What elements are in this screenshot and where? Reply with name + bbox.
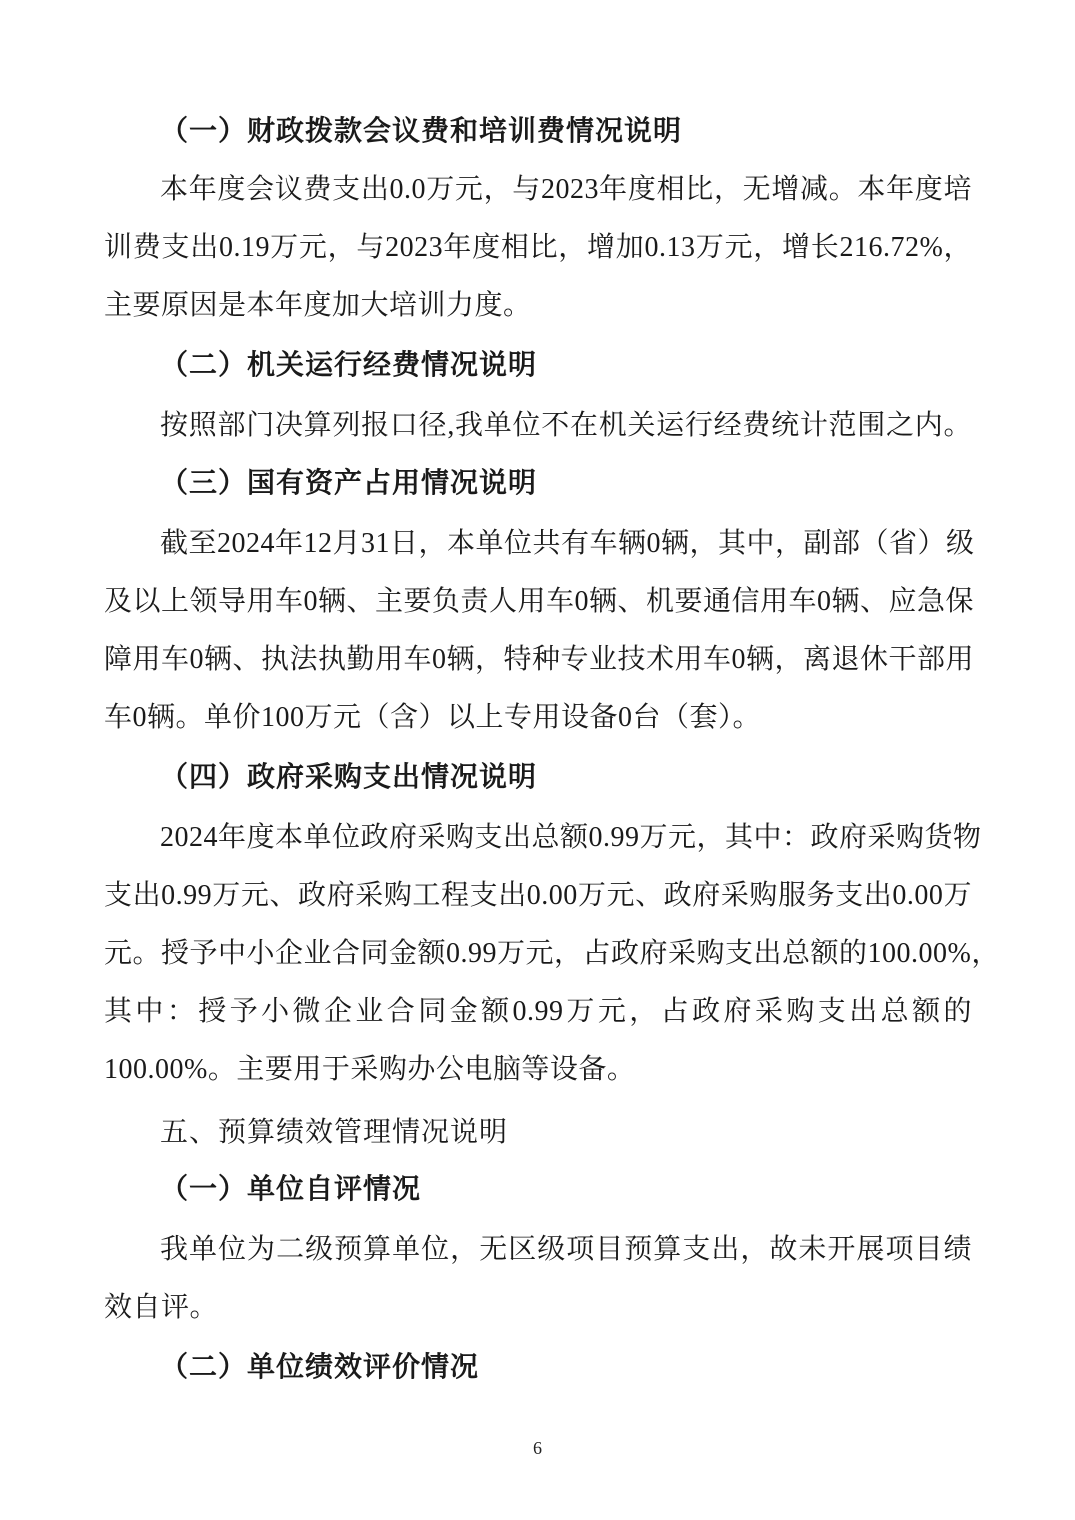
paragraph-line: 我单位为二级预算单位，无区级项目预算支出，故未开展项目绩 (160, 1232, 972, 1268)
section-heading-performance-evaluation: （二）单位绩效评价情况 (160, 1350, 1028, 1386)
paragraph-line: 主要原因是本年度加大培训力度。 (104, 288, 972, 324)
page-number: 6 (0, 1438, 1075, 1459)
paragraph-line: 训费支出0.19万元，与2023年度相比，增加0.13万元，增长216.72%， (104, 230, 972, 266)
paragraph-line: 截至2024年12月31日，本单位共有车辆0辆，其中，副部（省）级 (160, 526, 972, 562)
paragraph-line: 本年度会议费支出0.0万元，与2023年度相比，无增减。本年度培 (160, 172, 972, 208)
paragraph-line: 其中：授予小微企业合同金额0.99万元，占政府采购支出总额的 (104, 994, 972, 1030)
paragraph-line: 及以上领导用车0辆、主要负责人用车0辆、机要通信用车0辆、应急保 (104, 584, 972, 620)
paragraph-line: 支出0.99万元、政府采购工程支出0.00万元、政府采购服务支出0.00万 (104, 878, 972, 914)
section-heading-state-assets: （三）国有资产占用情况说明 (160, 466, 1028, 502)
paragraph-line: 按照部门决算列报口径,我单位不在机关运行经费统计范围之内。 (160, 408, 972, 444)
paragraph-line: 障用车0辆、执法执勤用车0辆，特种专业技术用车0辆，离退休干部用 (104, 642, 972, 678)
paragraph-line: 元。授予中小企业合同金额0.99万元，占政府采购支出总额的100.00%， (104, 936, 972, 972)
section-heading-government-procurement: （四）政府采购支出情况说明 (160, 760, 1028, 796)
section-heading-performance-management: 五、预算绩效管理情况说明 (160, 1114, 1028, 1150)
document-page: （一）财政拨款会议费和培训费情况说明 本年度会议费支出0.0万元，与2023年度… (0, 0, 1075, 1520)
section-heading-operating-expenses: （二）机关运行经费情况说明 (160, 348, 1028, 384)
section-heading-self-evaluation: （一）单位自评情况 (160, 1172, 1028, 1208)
paragraph-line: 2024年度本单位政府采购支出总额0.99万元，其中：政府采购货物 (160, 820, 972, 856)
paragraph-line: 车0辆。单价100万元（含）以上专用设备0台（套）。 (104, 700, 972, 736)
paragraph-line: 100.00%。主要用于采购办公电脑等设备。 (104, 1052, 972, 1088)
paragraph-line: 效自评。 (104, 1290, 972, 1326)
section-heading-meeting-training-fees: （一）财政拨款会议费和培训费情况说明 (160, 114, 1028, 150)
